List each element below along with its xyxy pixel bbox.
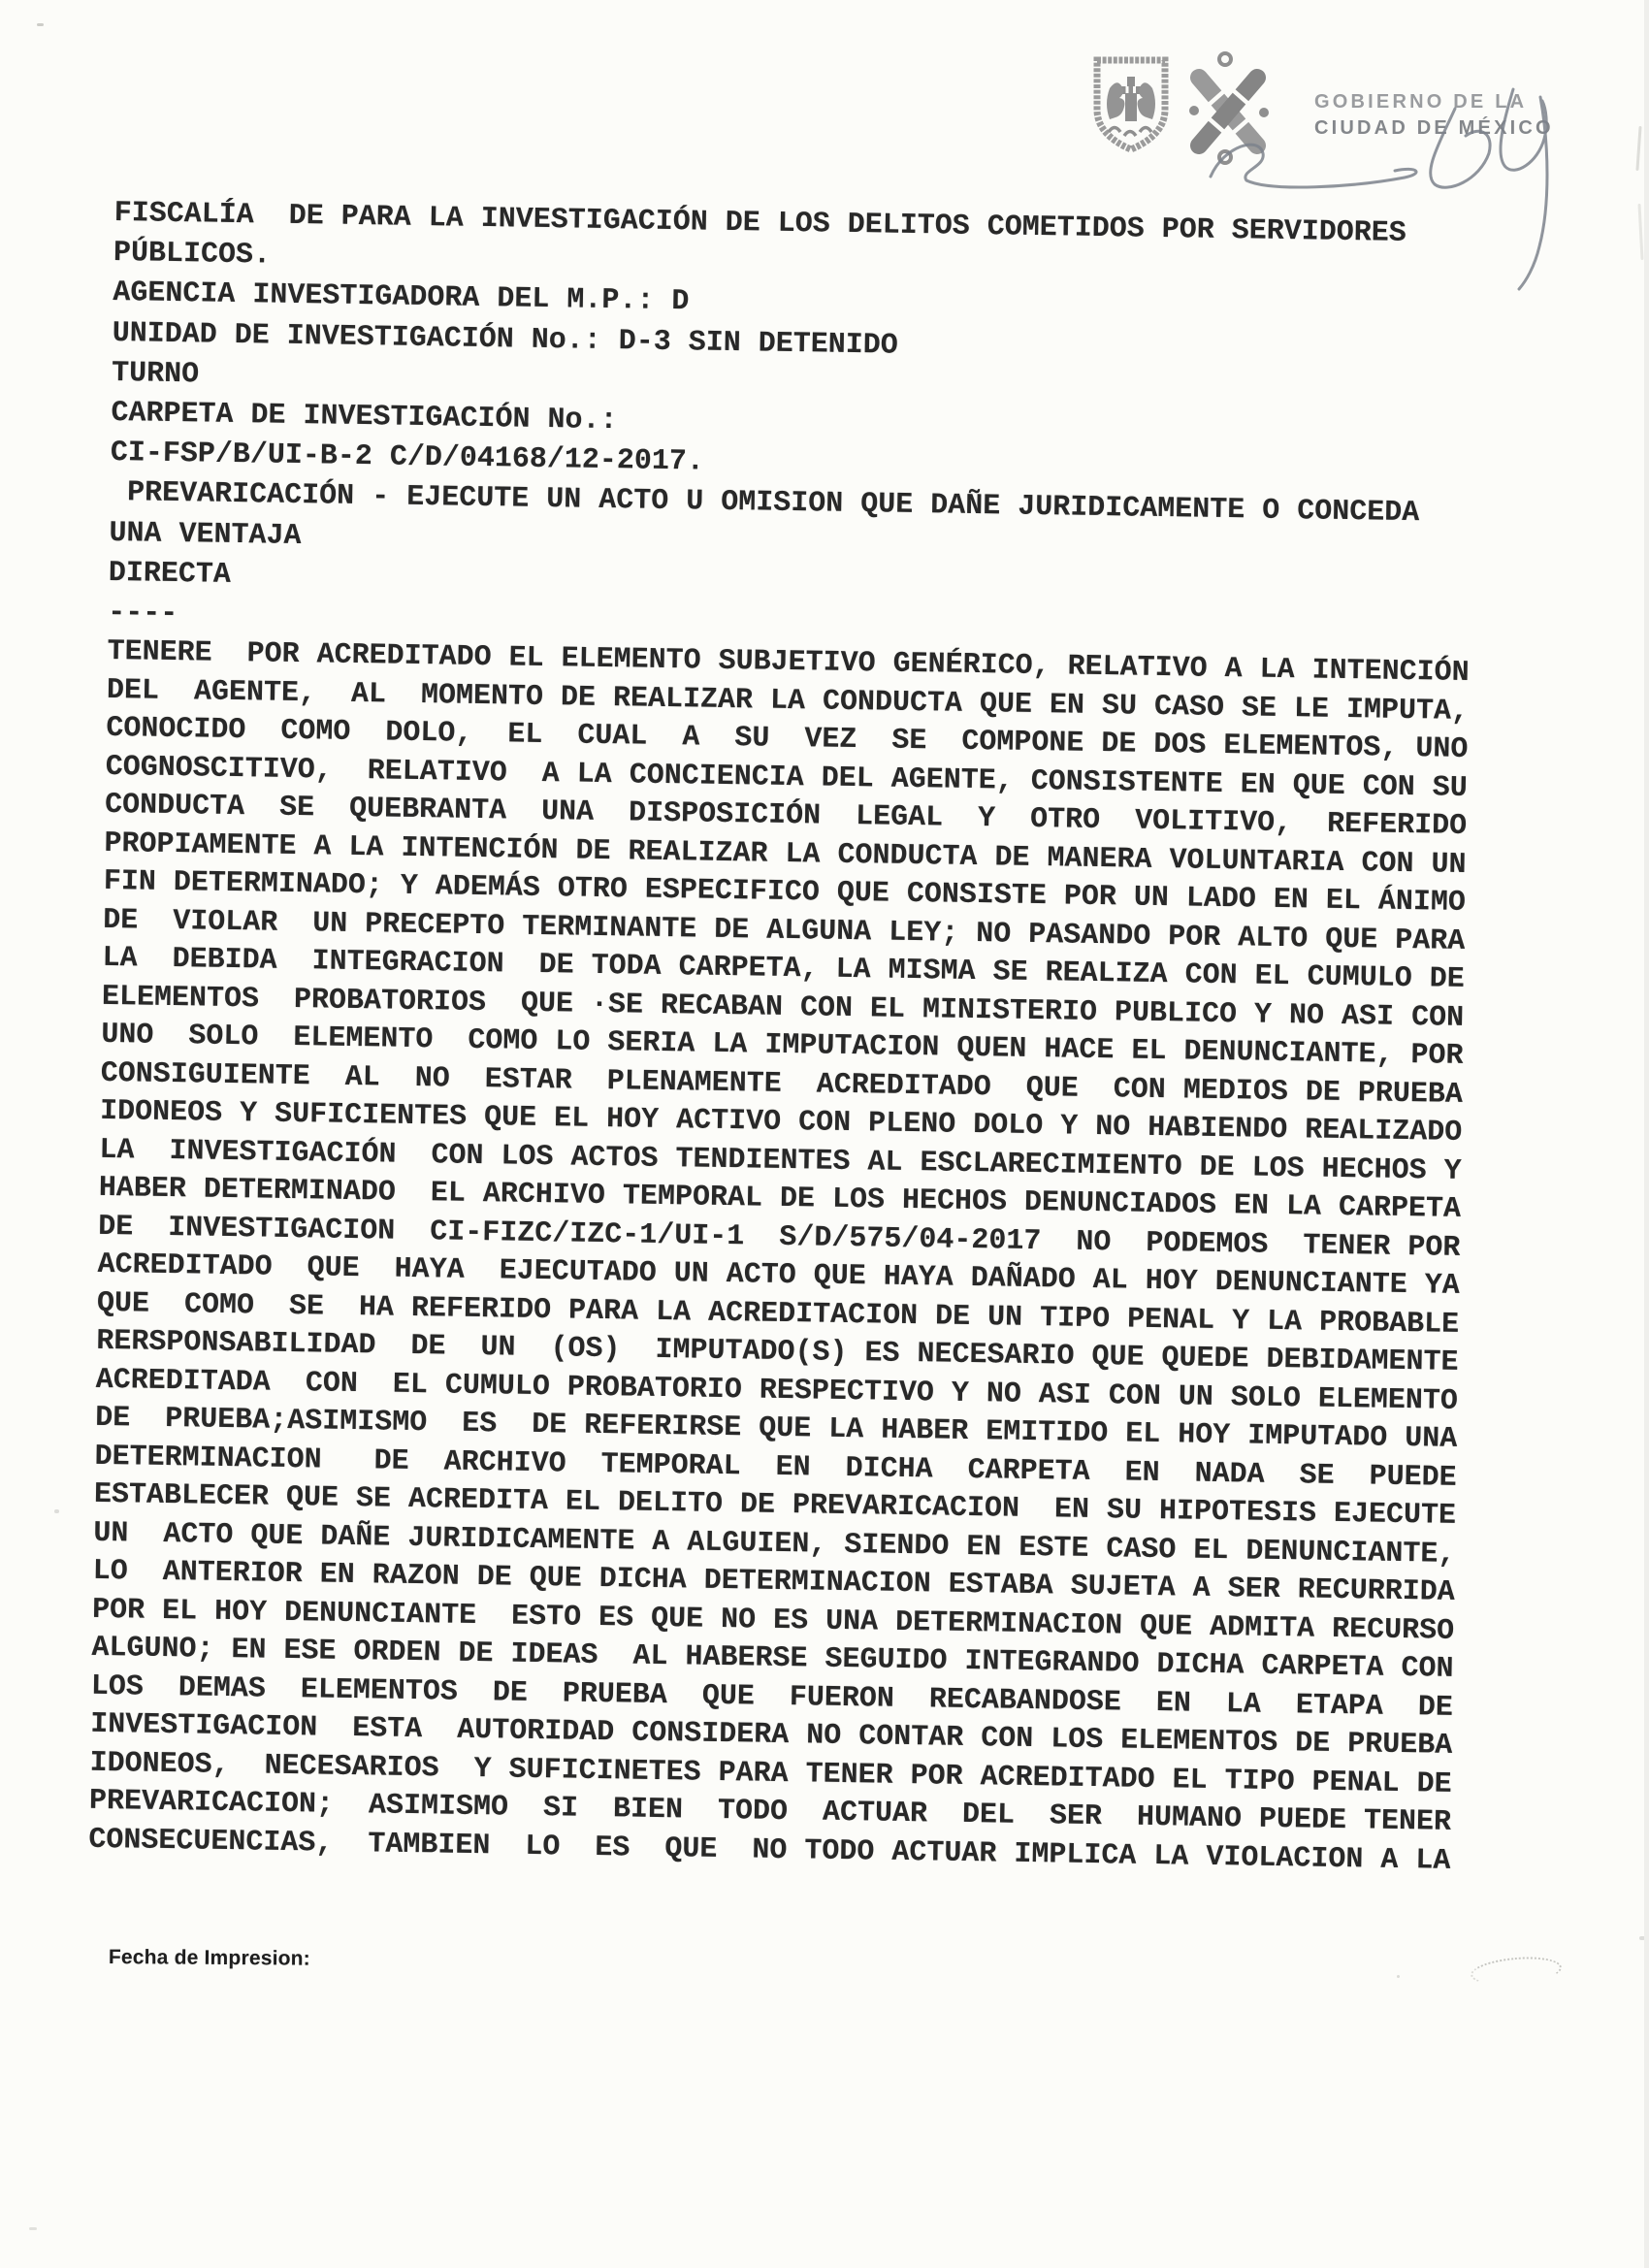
scan-speck xyxy=(54,1509,59,1513)
coat-of-arms-icon xyxy=(1091,54,1171,155)
scan-speck xyxy=(29,2227,37,2230)
scan-speck xyxy=(37,23,44,26)
scan-edge-mark xyxy=(1635,126,1641,171)
typed-text-block: FISCALÍA DE PARA LA INVESTIGACIÓN DE LOS… xyxy=(88,194,1550,1882)
scan-edge-strip xyxy=(1644,0,1649,2268)
scan-edge-mark xyxy=(1637,204,1643,260)
section-rule: ---- xyxy=(108,597,178,631)
scanned-document-page: GOBIERNO DE LA CIUDAD DE MÉXICO FISCALÍA… xyxy=(0,0,1649,2268)
handwritten-number-254 xyxy=(1193,78,1591,301)
scan-speck xyxy=(1397,1975,1400,1978)
document-body: TENERE POR ACREDITADO EL ELEMENTO SUBJET… xyxy=(88,633,1543,1882)
print-date-label: Fecha de Impresion: xyxy=(109,1946,310,1971)
scan-smudge xyxy=(1470,1954,1563,1989)
section-title: DIRECTA xyxy=(109,557,232,592)
